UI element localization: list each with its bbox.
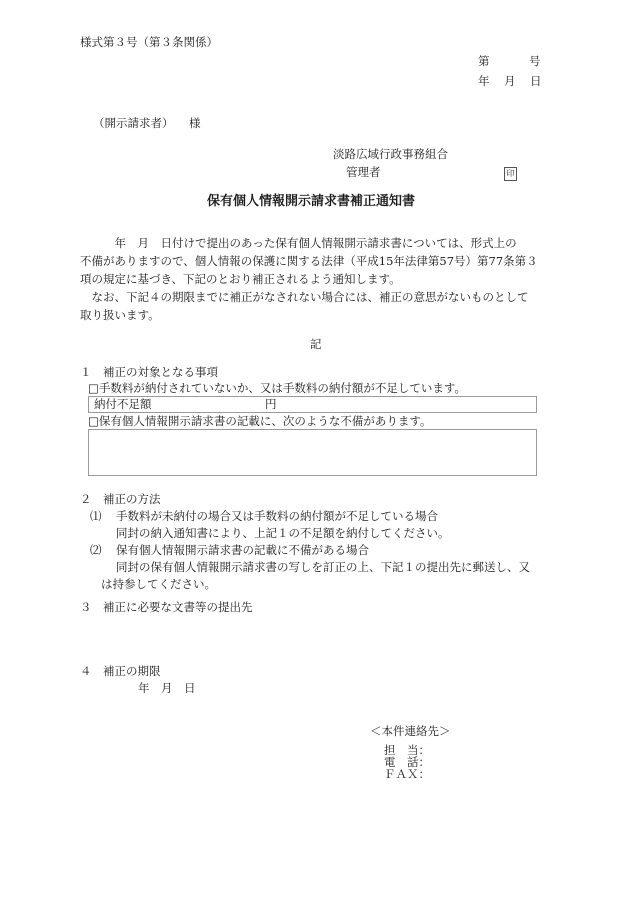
contact-heading: ＜本件連絡先＞ [370,723,451,739]
ki-heading: 記 [310,336,322,352]
seal-mark: 印 [504,164,517,181]
shortage-amount-label: 納付不足額 [94,396,152,412]
section2-item1-number: ⑴ [90,508,102,524]
section2-item1-text: 同封の納入通知書により、上記１の不足額を納付してください。 [116,525,450,541]
ref-number-prefix: 第 [478,53,490,69]
checkbox-form-deficiency[interactable]: □保有個人情報開示請求書の記載に、次のような不備があります。 [88,413,431,429]
shortage-amount-unit: 円 [265,396,277,412]
body-paragraph1-line1: 年 月 日付けで提出のあった保有個人情報開示請求書については、形式上の [80,235,517,251]
issuer-title: 管理者 [346,164,381,180]
recipient-honorific: 様 [189,115,201,131]
body-paragraph2-line2: 取り扱います。 [80,307,160,323]
seal-icon: 印 [504,167,517,181]
date-month: 月 [504,73,516,89]
section4-heading: ４ 補正の期限 [80,663,161,679]
ref-number-suffix: 号 [529,53,541,69]
section2-item1-title: 手数料が未納付の場合又は手数料の納付額が不足している場合 [116,508,438,524]
checkbox-fee-shortage[interactable]: □手数料が納付されていないか、又は手数料の納付額が不足しています。 [88,380,466,396]
recipient-label: （開示請求者） [93,115,174,131]
section4-deadline-date: 年 月 日 [138,680,196,696]
shortage-amount-box[interactable]: 納付不足額 円 [88,396,537,413]
section1-heading: １ 補正の対象となる事項 [80,364,218,380]
contact-fax-label: ＦＡＸ： [384,768,430,780]
date-year: 年 [478,73,490,89]
section3-heading: ３ 補正に必要な文書等の提出先 [80,599,253,615]
section2-item2-number: ⑵ [90,542,102,558]
document-title: 保有個人情報開示請求書補正通知書 [207,194,415,210]
deficiency-detail-box[interactable] [88,429,537,476]
section2-item2-title: 保有個人情報開示請求書の記載に不備がある場合 [116,542,369,558]
body-paragraph1-line2: 不備がありますので、個人情報の保護に関する法律（平成15年法律第57号）第77条… [80,253,538,269]
issuer-organization: 淡路広域行政事務組合 [333,146,448,162]
form-number: 様式第３号（第３条関係） [80,34,218,50]
section2-heading: ２ 補正の方法 [80,491,161,507]
body-paragraph1-line3: 項の規定に基づき、下記のとおり補正されるよう通知します。 [80,271,401,287]
body-paragraph2-line1: なお、下記４の期限までに補正がなされない場合には、補正の意思がないものとして [80,289,529,305]
date-day: 日 [530,73,542,89]
section2-item2-text-line1: 同封の保有個人情報開示請求書の写しを訂正の上、下記１の提出先に郵送し、又 [116,559,530,575]
section2-item2-text-line2: は持参してください。 [101,576,216,592]
